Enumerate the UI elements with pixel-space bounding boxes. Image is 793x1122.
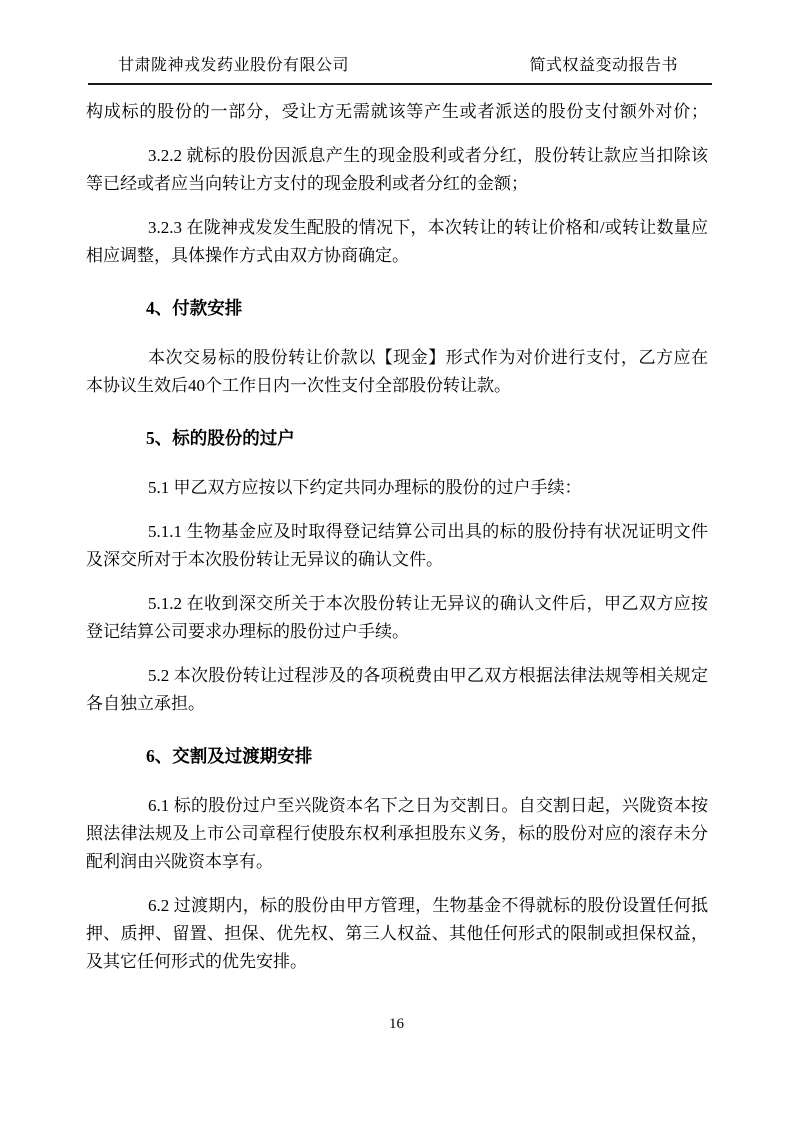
paragraph-6-2: 6.2 过渡期内，标的股份由甲方管理，生物基金不得就标的股份设置任何抵押、质押、… bbox=[86, 892, 708, 976]
paragraph-5-1: 5.1 甲乙双方应按以下约定共同办理标的股份的过户手续： bbox=[86, 474, 708, 502]
paragraph-payment-terms: 本次交易标的股份转让价款以【现金】形式作为对价进行支付，乙方应在本协议生效后40… bbox=[86, 344, 708, 400]
section-heading-6-closing-transition: 6、交割及过渡期安排 bbox=[86, 734, 708, 770]
section-heading-4-payment-arrangement: 4、付款安排 bbox=[86, 286, 708, 322]
page-footer: 16 bbox=[0, 1014, 793, 1034]
paragraph-5-1-1: 5.1.1 生物基金应及时取得登记结算公司出具的标的股份持有状况证明文件及深交所… bbox=[86, 518, 708, 574]
paragraph-continuation: 构成标的股份的一部分，受让方无需就该等产生或者派送的股份支付额外对价； bbox=[86, 98, 708, 126]
page-header: 甘肃陇神戎发药业股份有限公司 简式权益变动报告书 bbox=[88, 56, 712, 85]
page-number: 16 bbox=[389, 1016, 404, 1032]
header-report-title: 简式权益变动报告书 bbox=[529, 56, 678, 76]
header-company-name: 甘肃陇神戎发药业股份有限公司 bbox=[118, 56, 349, 76]
document-body: 构成标的股份的一部分，受让方无需就该等产生或者派送的股份支付额外对价； 3.2.… bbox=[86, 96, 708, 992]
paragraph-5-1-2: 5.1.2 在收到深交所关于本次股份转让无异议的确认文件后，甲乙双方应按登记结算… bbox=[86, 590, 708, 646]
paragraph-6-1: 6.1 标的股份过户至兴陇资本名下之日为交割日。自交割日起，兴陇资本按照法律法规… bbox=[86, 792, 708, 876]
paragraph-3-2-3: 3.2.3 在陇神戎发发生配股的情况下，本次转让的转让价格和/或转让数量应相应调… bbox=[86, 214, 708, 270]
document-page: 甘肃陇神戎发药业股份有限公司 简式权益变动报告书 构成标的股份的一部分，受让方无… bbox=[0, 0, 793, 1122]
paragraph-5-2: 5.2 本次股份转让过程涉及的各项税费由甲乙双方根据法律法规等相关规定各自独立承… bbox=[86, 662, 708, 718]
section-heading-5-share-transfer: 5、标的股份的过户 bbox=[86, 416, 708, 452]
paragraph-3-2-2: 3.2.2 就标的股份因派息产生的现金股利或者分红，股份转让款应当扣除该等已经或… bbox=[86, 142, 708, 198]
